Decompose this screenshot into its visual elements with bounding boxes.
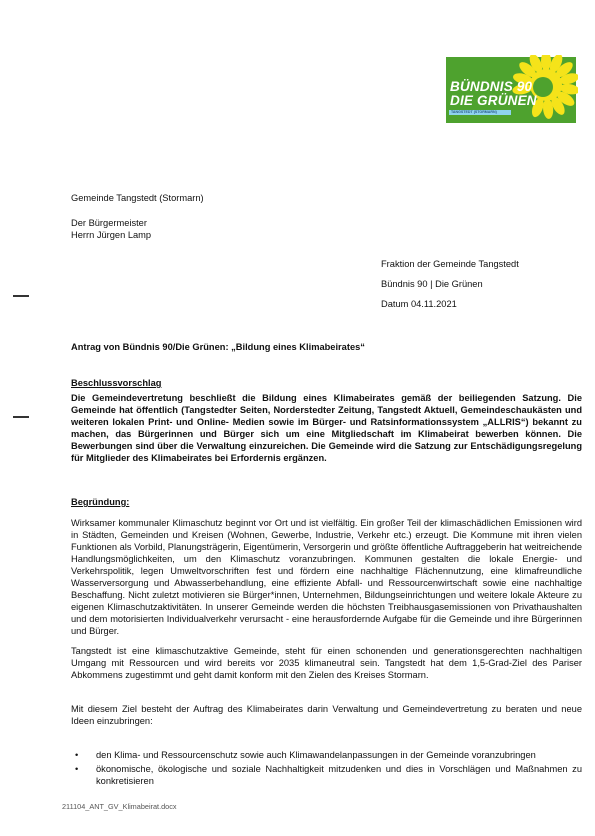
subject-line: Antrag von Bündnis 90/Die Grünen: „Bildu… xyxy=(71,341,365,353)
proposal-text: Die Gemeindevertretung beschließt die Bi… xyxy=(71,392,582,464)
party-logo: BÜNDNIS 90 DIE GRÜNEN TANGSTEDT (STORMAR… xyxy=(446,57,576,123)
recipient-name: Herrn Jürgen Lamp xyxy=(71,229,151,241)
proposal-heading: Beschlussvorschlag xyxy=(71,377,161,389)
footer-filename: 211104_ANT_GV_Klimabeirat.docx xyxy=(62,802,177,811)
fold-mark xyxy=(13,295,29,297)
goals-list: • den Klima- und Ressourcenschutz sowie … xyxy=(71,749,582,787)
bullet-icon: • xyxy=(75,749,78,761)
list-item: • den Klima- und Ressourcenschutz sowie … xyxy=(71,749,582,761)
logo-subline: TANGSTEDT (STORMARN) xyxy=(449,110,511,115)
recipient-role: Der Bürgermeister xyxy=(71,217,147,229)
bullet-icon: • xyxy=(75,763,78,775)
punch-mark xyxy=(13,416,29,418)
reasoning-paragraph-3: Mit diesem Ziel besteht der Auftrag des … xyxy=(71,703,582,727)
logo-line-2: DIE GRÜNEN xyxy=(450,94,537,108)
list-item: • ökonomische, ökologische und soziale N… xyxy=(71,763,582,787)
reasoning-heading: Begründung: xyxy=(71,496,129,508)
sender-party: Bündnis 90 | Die Grünen xyxy=(381,278,483,290)
sender-faction: Fraktion der Gemeinde Tangstedt xyxy=(381,258,519,270)
recipient-municipality: Gemeinde Tangstedt (Stormarn) xyxy=(71,192,204,204)
document-date: Datum 04.11.2021 xyxy=(381,298,457,310)
logo-line-1: BÜNDNIS 90 xyxy=(450,80,532,94)
reasoning-paragraph-1: Wirksamer kommunaler Klimaschutz beginnt… xyxy=(71,517,582,637)
list-item-text: den Klima- und Ressourcenschutz sowie au… xyxy=(96,750,536,760)
list-item-text: ökonomische, ökologische und soziale Nac… xyxy=(96,764,582,786)
reasoning-paragraph-2: Tangstedt ist eine klimaschutzaktive Gem… xyxy=(71,645,582,681)
